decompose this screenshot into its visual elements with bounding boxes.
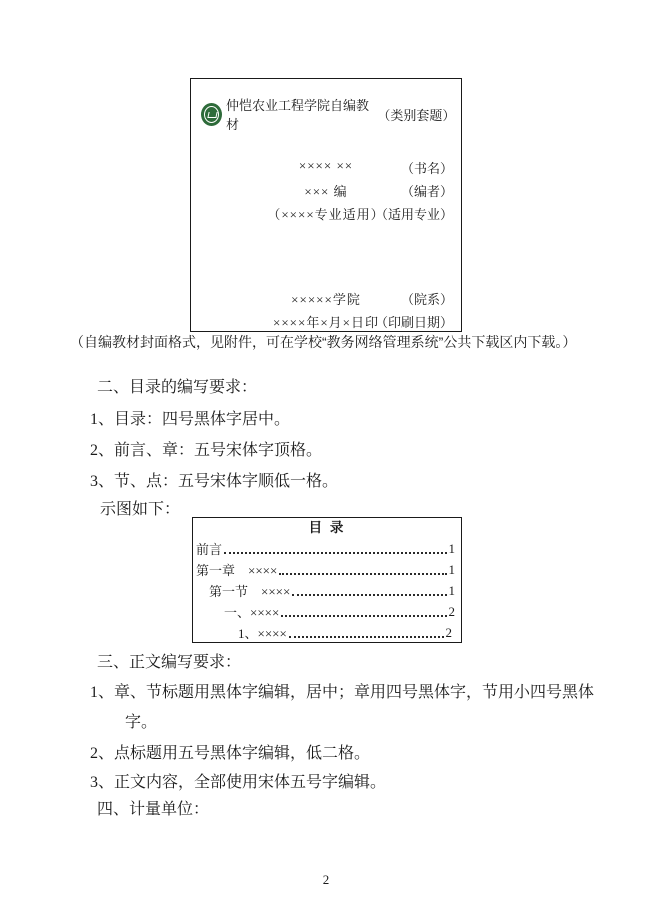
cover-header-title: 仲恺农业工程学院自编教材 bbox=[226, 95, 377, 133]
cover-format-box: 仲恺农业工程学院自编教材 （类别套题） ×××× ×× （书名） ××× 编 （… bbox=[190, 78, 462, 332]
section-3-item-1-line-1: 1、章、节标题用黑体字编辑，居中；章用四号黑体字，节用小四号黑体 bbox=[90, 679, 594, 702]
dotted-leader bbox=[289, 627, 444, 638]
cover-header-label: （类别套题） bbox=[377, 105, 453, 124]
cover-editor-label: （编者） bbox=[401, 181, 453, 200]
cover-header-row: 仲恺农业工程学院自编教材 （类别套题） bbox=[201, 101, 453, 127]
toc-entry-text: 一、×××× bbox=[224, 602, 279, 621]
cover-row-bookname: ×××× ×× （书名） bbox=[191, 158, 461, 176]
page-number: 2 bbox=[0, 872, 652, 888]
toc-row-point-cn: 一、×××× 2 bbox=[193, 601, 461, 622]
section-2-heading: 二、目录的编写要求： bbox=[97, 374, 257, 397]
toc-entry-text: 第一节 ×××× bbox=[209, 581, 290, 600]
toc-entry-page: 1 bbox=[449, 583, 456, 599]
toc-entry-text: 1、×××× bbox=[238, 623, 287, 642]
section-2-item-2: 2、前言、章：五号宋体字顶格。 bbox=[90, 437, 322, 460]
dotted-leader bbox=[279, 564, 446, 575]
section-3-item-1-line-2: 字。 bbox=[125, 709, 157, 732]
cover-printdate-label: （印刷日期） bbox=[375, 312, 453, 331]
dotted-leader bbox=[281, 606, 446, 617]
section-3-item-2: 2、点标题用五号黑体字编辑，低二格。 bbox=[90, 740, 370, 763]
university-seal-icon bbox=[201, 103, 222, 126]
toc-row-point-num: 1、×××× 2 bbox=[193, 622, 461, 643]
cover-major-label: （适用专业） bbox=[375, 204, 453, 223]
toc-row-chapter: 第一章 ×××× 1 bbox=[193, 559, 461, 580]
cover-row-department: ×××××学院 （院系） bbox=[191, 289, 461, 307]
toc-entry-page: 1 bbox=[449, 541, 456, 557]
toc-title: 目 录 bbox=[193, 518, 461, 538]
dotted-leader bbox=[292, 585, 446, 596]
cover-row-major: （××××专业适用） （适用专业） bbox=[191, 204, 461, 222]
cover-printdate-value: ××××年×月×日印 bbox=[273, 315, 379, 330]
cover-format-note: （自编教材封面格式，见附件，可在学校“教务网络管理系统”公共下载区内下载。） bbox=[70, 332, 576, 352]
cover-editor-value: ××× 编 bbox=[304, 184, 347, 199]
cover-major-value: （××××专业适用） bbox=[267, 207, 384, 222]
toc-row-section: 第一节 ×××× 1 bbox=[193, 580, 461, 601]
section-3-item-3: 3、正文内容，全部使用宋体五号字编辑。 bbox=[90, 769, 386, 792]
cover-department-value: ×××××学院 bbox=[291, 292, 361, 307]
document-page: 仲恺农业工程学院自编教材 （类别套题） ×××× ×× （书名） ××× 编 （… bbox=[0, 0, 652, 921]
toc-entry-text: 第一章 ×××× bbox=[196, 560, 277, 579]
cover-bookname-label: （书名） bbox=[401, 158, 453, 177]
cover-row-printdate: ××××年×月×日印 （印刷日期） bbox=[191, 312, 461, 330]
toc-entry-text: 前言 bbox=[196, 539, 222, 558]
toc-example-caption: 示图如下： bbox=[100, 496, 180, 519]
toc-entry-page: 2 bbox=[446, 625, 453, 641]
dotted-leader bbox=[224, 543, 446, 554]
toc-entry-page: 1 bbox=[449, 562, 456, 578]
toc-row-foreword: 前言 1 bbox=[193, 538, 461, 559]
section-4-heading: 四、计量单位： bbox=[97, 796, 209, 819]
section-2-item-1: 1、目录：四号黑体字居中。 bbox=[90, 406, 290, 429]
section-3-heading: 三、正文编写要求： bbox=[97, 649, 241, 672]
toc-example-box: 目 录 前言 1 第一章 ×××× 1 第一节 ×××× 1 一、×××× 2 … bbox=[192, 517, 462, 643]
cover-department-label: （院系） bbox=[401, 289, 453, 308]
cover-row-editor: ××× 编 （编者） bbox=[191, 181, 461, 199]
section-2-item-3: 3、节、点：五号宋体字顺低一格。 bbox=[90, 468, 338, 491]
toc-entry-page: 2 bbox=[449, 604, 456, 620]
cover-bookname-value: ×××× ×× bbox=[299, 158, 353, 173]
